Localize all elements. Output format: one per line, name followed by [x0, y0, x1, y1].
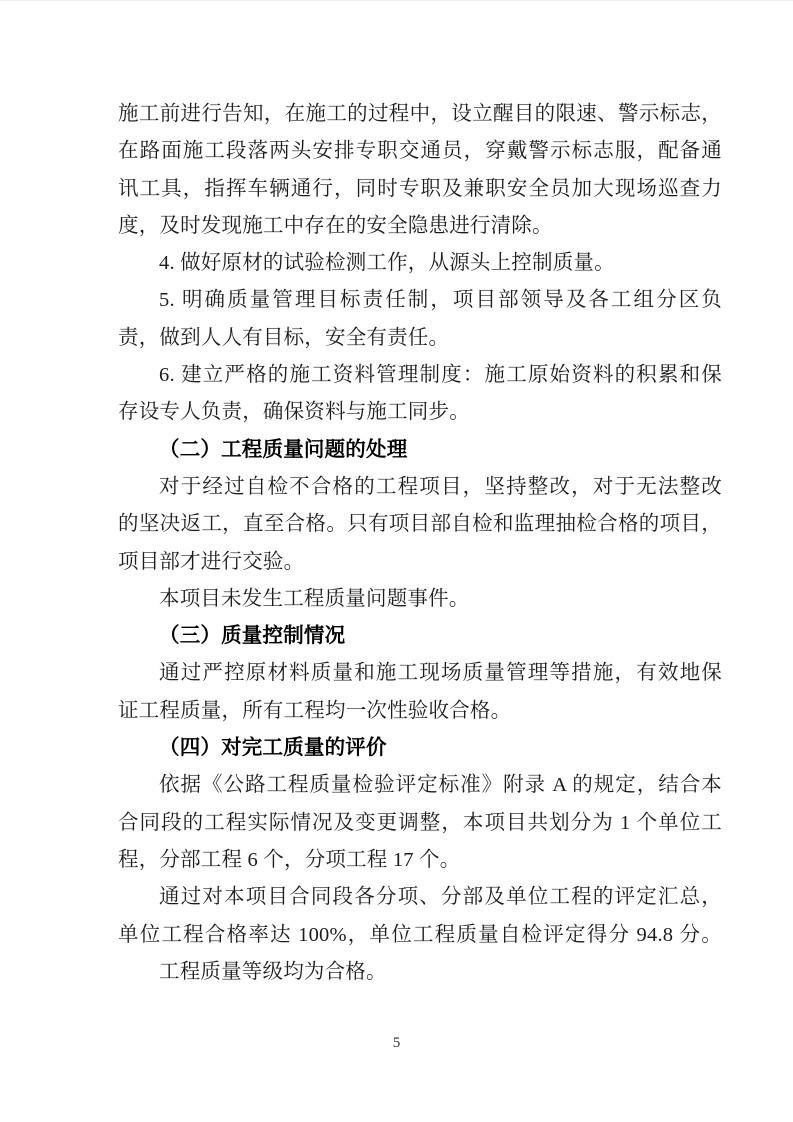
text-line: 的坚决返工，直至合格。只有项目部自检和监理抽检合格的项目， [118, 506, 722, 543]
text-line: 6. 建立严格的施工资料管理制度：施工原始资料的积累和保 [118, 357, 722, 394]
text-line: 存设专人负责，确保资料与施工同步。 [118, 394, 722, 431]
section-heading: （二）工程质量问题的处理 [118, 432, 722, 469]
text-line: 项目部才进行交验。 [118, 544, 722, 581]
text-line: 合同段的工程实际情况及变更调整，本项目共划分为 1 个单位工 [118, 805, 722, 842]
document-page: 施工前进行告知，在施工的过程中，设立醒目的限速、警示标志，在路面施工段落两头安排… [0, 0, 793, 1122]
text-line: 在路面施工段落两头安排专职交通员，穿戴警示标志服，配备通 [118, 133, 722, 170]
page-number: 5 [0, 1032, 793, 1054]
text-line: 证工程质量，所有工程均一次性验收合格。 [118, 693, 722, 730]
text-line: 依据《公路工程质量检验评定标准》附录 A 的规定，结合本 [118, 767, 722, 804]
text-line: 5. 明确质量管理目标责任制，项目部领导及各工组分区负 [118, 282, 722, 319]
section-heading: （四）对完工质量的评价 [118, 730, 722, 767]
text-column: 施工前进行告知，在施工的过程中，设立醒目的限速、警示标志，在路面施工段落两头安排… [118, 96, 722, 991]
text-line: 对于经过自检不合格的工程项目，坚持整改，对于无法整改 [118, 469, 722, 506]
text-line: 施工前进行告知，在施工的过程中，设立醒目的限速、警示标志， [118, 96, 722, 133]
text-line: 度，及时发现施工中存在的安全隐患进行清除。 [118, 208, 722, 245]
text-line: 4. 做好原材的试验检测工作，从源头上控制质量。 [118, 245, 722, 282]
text-line: 单位工程合格率达 100%，单位工程质量自检评定得分 94.8 分。 [118, 917, 722, 954]
text-line: 本项目未发生工程质量问题事件。 [118, 581, 722, 618]
text-line: 工程质量等级均为合格。 [118, 954, 722, 991]
text-line: 通过严控原材料质量和施工现场质量管理等措施，有效地保 [118, 655, 722, 692]
text-line: 程，分部工程 6 个，分项工程 17 个。 [118, 842, 722, 879]
section-heading: （三）质量控制情况 [118, 618, 722, 655]
text-line: 讯工具，指挥车辆通行，同时专职及兼职安全员加大现场巡查力 [118, 171, 722, 208]
text-line: 责，做到人人有目标，安全有责任。 [118, 320, 722, 357]
text-line: 通过对本项目合同段各分项、分部及单位工程的评定汇总， [118, 879, 722, 916]
